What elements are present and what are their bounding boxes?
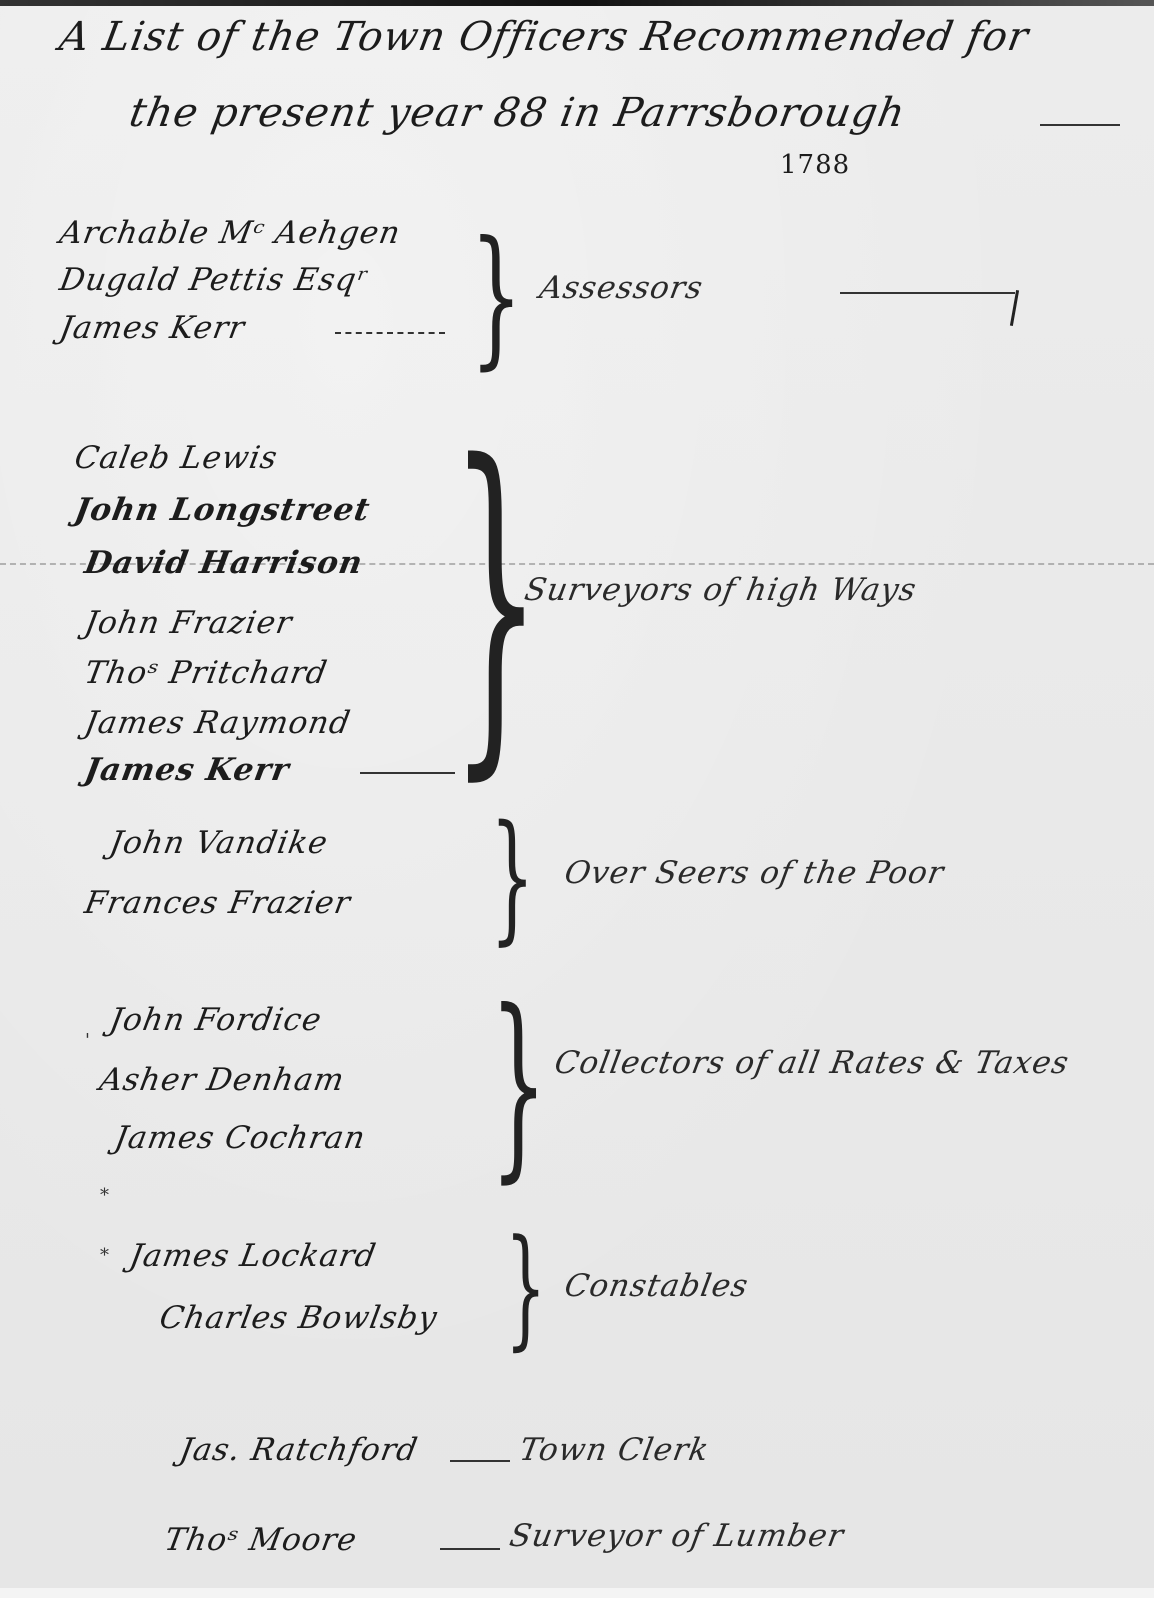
officer-name: James Lockard xyxy=(127,1238,379,1274)
officer-name: Caleb Lewis xyxy=(72,440,281,476)
officer-name: John Longstreet xyxy=(72,492,373,528)
document-title-line-2: the present year 88 in Parrsborough xyxy=(126,90,909,136)
officer-name: James Kerr xyxy=(57,310,248,346)
margin-mark: * xyxy=(100,1185,109,1206)
office-title: Collectors of all Rates & Taxes xyxy=(552,1045,1072,1081)
page-top-edge xyxy=(0,0,1154,6)
officer-name: Asher Denham xyxy=(97,1062,348,1098)
leader-dash xyxy=(840,292,1015,294)
officer-name: Thoˢ Moore xyxy=(162,1522,360,1558)
office-title: Surveyors of high Ways xyxy=(522,572,920,608)
officer-name: Dugald Pettis Esqʳ xyxy=(57,262,372,298)
officer-name: David Harrison xyxy=(82,545,366,581)
leader-dash xyxy=(450,1460,510,1462)
office-title: Town Clerk xyxy=(517,1432,712,1468)
officer-name: James Raymond xyxy=(82,705,354,741)
office-title: Surveyor of Lumber xyxy=(507,1518,847,1554)
document-page: A List of the Town Officers Recommended … xyxy=(0,0,1154,1598)
brace-icon: } xyxy=(490,808,535,948)
brace-icon: } xyxy=(470,222,522,372)
officer-name: John Frazier xyxy=(82,605,295,641)
page-bottom-edge xyxy=(0,1588,1154,1598)
title-flourish xyxy=(1040,124,1120,126)
officer-name: John Fordice xyxy=(107,1002,325,1038)
brace-icon: } xyxy=(490,985,547,1185)
officer-name: John Vandike xyxy=(107,825,331,861)
officer-name: Archable Mᶜ Aehgen xyxy=(57,215,404,251)
officer-name: Charles Bowlsby xyxy=(157,1300,441,1336)
document-year: 1788 xyxy=(780,150,850,180)
arrow-stroke xyxy=(1010,290,1019,326)
officer-name: Frances Frazier xyxy=(82,885,354,921)
brace-icon: } xyxy=(505,1222,546,1352)
margin-mark: ' xyxy=(85,1030,90,1051)
leader-dash xyxy=(440,1548,500,1550)
officer-name: James Kerr xyxy=(82,752,293,788)
office-title: Over Seers of the Poor xyxy=(562,855,947,891)
officer-name: James Cochran xyxy=(112,1120,369,1156)
document-title-line-1: A List of the Town Officers Recommended … xyxy=(56,14,1032,60)
office-title: Constables xyxy=(562,1268,752,1304)
margin-mark: * xyxy=(100,1245,109,1266)
officer-name: Jas. Ratchford xyxy=(177,1432,421,1468)
officer-name: Thoˢ Pritchard xyxy=(82,655,330,691)
leader-dash xyxy=(360,772,455,774)
leader-dash xyxy=(335,332,445,334)
office-title: Assessors xyxy=(537,270,706,306)
